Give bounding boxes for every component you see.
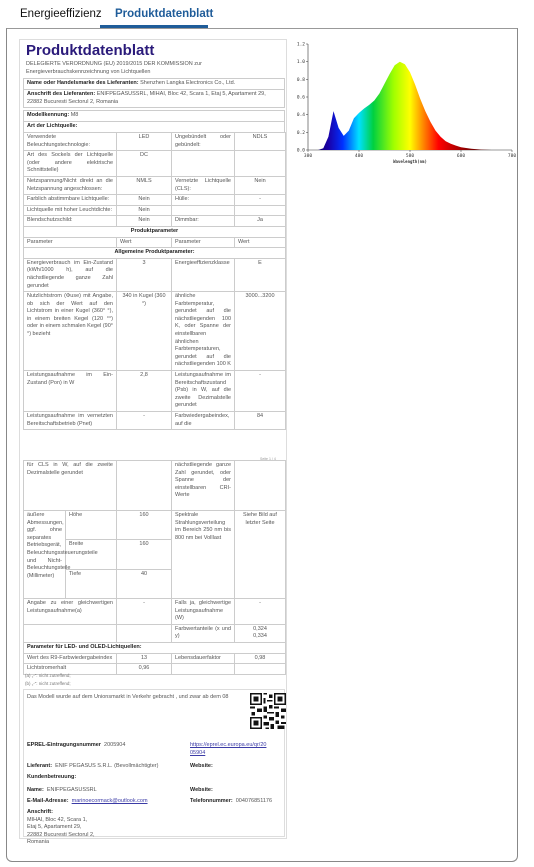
svg-text:0.0: 0.0 [297,148,305,154]
param-value [235,151,286,177]
eprel-link[interactable]: https://eprel.ec.europa.eu/qr/20 05904 [190,742,282,757]
continued-table: für CLS in W, auf die zweite Dezimalstel… [23,460,286,675]
spectral-value: Siehe Bild auf letzter Seite [235,511,286,599]
eprel-link-line2[interactable]: 05904 [190,750,205,756]
light-source-row: Art des Sockels der Lichtquelle (oder an… [24,151,286,177]
param-label: Lichtquelle mit hoher Leuchtdichte: [24,205,117,216]
model-label: Modellkennung: [27,112,69,118]
anschrift-label: Anschrift: [27,809,53,815]
param-value: Nein [117,205,172,216]
param-value: 3 [117,258,172,291]
svg-text:1.0: 1.0 [297,59,305,65]
dimensions-label: äußere Abmessungen, ggf. ohne separates … [24,511,66,599]
product-params-heading-row: Produktparameter [24,226,286,237]
website2-label: Website: [190,787,213,795]
param-value: Nein [117,216,172,227]
svg-text:380: 380 [304,153,312,159]
param-value [235,461,286,511]
supplier-name: Shenzhen Langka Electronics Co., Ltd. [140,80,235,86]
param-label: Farbwertanteile (x und y) [172,624,235,642]
general-param-row: Energieverbrauch im Ein-Zustand (kWh/100… [24,258,286,291]
param-value: 0,96 [117,664,172,675]
svg-text:0.2: 0.2 [297,130,305,136]
equiv-row: Farbwertanteile (x und y)0,324 0,334 [24,624,286,642]
param-value: 340 in Kugel (360 °) [117,292,172,371]
param-value: 2,8 [117,371,172,412]
param-label: Leistungsaufnahme im Bereitschaftszustan… [172,371,235,412]
param-label: Art des Sockels der Lichtquelle (oder an… [24,151,117,177]
address-line: Romania [27,839,49,845]
param-value: 0,98 [235,653,286,664]
svg-text:1.2: 1.2 [297,42,305,48]
tab-produktdatenblatt[interactable]: Produktdatenblatt [115,8,213,20]
regulation-subtitle: DELEGIERTE VERORDNUNG (EU) 2019/2015 DER… [26,61,282,76]
light-source-row: Blendschutzschild:NeinDimmbar:Ja [24,216,286,227]
param-value: 84 [235,412,286,430]
param-label: Wert des R9-Farbwiedergabeindex [24,653,117,664]
param-label: für CLS in W, auf die zweite Dezimalstel… [24,461,117,511]
param-label: Dimmbar: [172,216,235,227]
address-line: Etaj 5, Apartament 29, [27,824,81,830]
supplier-address-row: Anschrift des Lieferanten: ENIFPEGASUSSR… [23,89,285,108]
general-param-row: Leistungsaufnahme im vernetzten Bereitsc… [24,412,286,430]
tab-energieeffizienz[interactable]: Energieeffizienz [20,8,102,20]
phone-row: Telefonnummer: 004076851176 [190,798,272,806]
svg-text:Wavelength(nm): Wavelength(nm) [393,159,427,164]
param-value [235,664,286,675]
dimension-value: 40 [117,569,172,598]
svg-text:780: 780 [508,153,516,159]
param-label: Leistungsaufnahme im vernetzten Bereitsc… [24,412,117,430]
param-label [172,151,235,177]
param-value: - [235,195,286,206]
tab-bar: Energieeffizienz Produktdatenblatt [0,0,534,28]
param-label [172,664,235,675]
eprel-label: EPREL-Eintragungsnummer [27,742,101,748]
param-value [117,624,172,642]
param-value: Nein [235,176,286,194]
general-param-row: Nutzlichtstrom (Φuse) mit Angabe, ob sic… [24,292,286,371]
lieferant-value: ENIF PEGASUS S.R.L. (Bevollmächtigter) [55,763,158,769]
model-row: Modellkennung: M8 [23,110,285,122]
param-value: NDLS [235,133,286,151]
light-source-row: Netzspannung/Nicht direkt an die Netzspa… [24,176,286,194]
param-label: Vernetzte Lichtquelle (CLS): [172,176,235,194]
param-value: DC [117,151,172,177]
param-label: Ungebündelt oder gebündelt: [172,133,235,151]
led-heading-row: Parameter für LED- und OLED-Lichtquellen… [24,642,286,653]
continued-row: für CLS in W, auf die zweite Dezimalstel… [24,461,286,511]
param-label: Energieeffizienzklasse [172,258,235,291]
param-value: Ja [235,216,286,227]
lieferant-label: Lieferant: [27,763,52,769]
dimensions-row: äußere Abmessungen, ggf. ohne separates … [24,511,286,540]
website-label: Website: [190,763,213,771]
kunden-label-text: Kundenbetreuung: [27,774,76,780]
spectral-distribution-chart: 0.00.20.40.60.81.01.2380480580680780Wave… [290,38,522,168]
param-value [235,205,286,216]
param-value: Nein [117,195,172,206]
eprel-info-box: Das Modell wurde auf dem Unionsmarkt in … [23,689,285,837]
supplier-name-label: Name oder Handelsmarke des Lieferanten: [27,80,139,86]
light-source-row: Lichtquelle mit hoher Leuchtdichte:Nein [24,205,286,216]
customer-service-label: Kundenbetreuung: [27,774,76,782]
param-label [24,624,117,642]
light-type-heading: Art der Lichtquelle: [23,121,285,133]
email-label: E-Mail-Adresse: [27,798,69,804]
param-value: 3000...3200 [235,292,286,371]
market-text: Das Modell wurde auf dem Unionsmarkt in … [27,694,249,702]
dimension-label: Tiefe [66,569,117,598]
equiv-row: Angabe zu einer gleichwertigen Leistungs… [24,599,286,625]
param-value: 0,324 0,334 [235,624,286,642]
param-label: Farblich abstimmbare Lichtquelle: [24,195,117,206]
param-label: Farbwiedergabeindex, auf die [172,412,235,430]
spectrum-area [308,62,512,150]
svg-text:0.6: 0.6 [297,95,305,101]
param-label: Lebensdauerfaktor [172,653,235,664]
led-param-row: Wert des R9-Farbwiedergabeindex13Lebensd… [24,653,286,664]
column-header: Wert [117,237,172,248]
param-value: LED [117,133,172,151]
address-line: 22882 Bucuresti Sectorul 2, [27,832,95,838]
footnote-a: (a) „-“: nicht zutreffend; [25,672,71,680]
spectral-label: Spektrale Strahlungsverteilung im Bereic… [172,511,235,599]
supplier-row: Lieferant: ENIF PEGASUS S.R.L. (Bevollmä… [27,763,158,771]
svg-text:0.4: 0.4 [297,112,305,118]
name-row: Name: ENIFPEGASUSSRL [27,787,97,795]
general-params-heading: Allgemeine Produktparameter: [24,248,286,259]
param-value: NMLS [117,176,172,194]
supplier-address-label: Anschrift des Lieferanten: [27,91,95,97]
param-value: - [117,412,172,430]
light-type-heading-text: Art der Lichtquelle: [27,123,77,129]
footnote-b: (b) „-“: nicht zutreffend; [25,680,71,688]
website-label-text: Website: [190,763,213,769]
param-label: Nutzlichtstrom (Φuse) mit Angabe, ob sic… [24,292,117,371]
product-datasheet: Produktdatenblatt DELEGIERTE VERORDNUNG … [19,39,287,839]
dimension-value: 160 [117,511,172,540]
dimension-value: 160 [117,540,172,569]
supplier-name-row: Name oder Handelsmarke des Lieferanten: … [23,78,285,90]
address-block: Anschrift: MIHAI, Bloc 42, Scara 1, Etaj… [27,809,95,847]
email-row: E-Mail-Adresse: marinoecormack@outlook.c… [27,798,148,806]
param-value: - [117,599,172,625]
page-title: Produktdatenblatt [26,42,154,60]
website2-label-text: Website: [190,787,213,793]
phone-label: Telefonnummer: [190,798,233,804]
param-label: Netzspannung/Nicht direkt an die Netzspa… [24,176,117,194]
light-source-row: Verwendete Beleuchtungstechnologie:LEDUn… [24,133,286,151]
param-header-row: ParameterWertParameterWert [24,237,286,248]
column-header: Parameter [24,237,117,248]
param-label [172,205,235,216]
column-header: Parameter [172,237,235,248]
param-value: E [235,258,286,291]
svg-text:680: 680 [457,153,465,159]
param-label: Angabe zu einer gleichwertigen Leistungs… [24,599,117,625]
address-line: MIHAI, Bloc 42, Scara 1, [27,817,87,823]
param-label: Energieverbrauch im Ein-Zustand (kWh/100… [24,258,117,291]
general-heading-row: Allgemeine Produktparameter: [24,248,286,259]
light-source-row: Farblich abstimmbare Lichtquelle:NeinHül… [24,195,286,206]
eprel-link-line1[interactable]: https://eprel.ec.europa.eu/qr/20 [190,742,266,748]
product-params-heading: Produktparameter [24,226,286,237]
param-value: - [235,599,286,625]
email-link[interactable]: marinoecormack@outlook.com [72,798,148,804]
name-value: ENIFPEGASUSSRL [47,787,97,793]
param-label: Blendschutzschild: [24,216,117,227]
eprel-number-row: EPREL-Eintragungsnummer 2005904 [27,742,125,750]
param-label: Leistungsaufnahme im Ein-Zustand (Pon) i… [24,371,117,412]
param-label: Falls ja, gleichwertige Leistungsaufnahm… [172,599,235,625]
dimension-label: Höhe [66,511,117,540]
svg-text:0.8: 0.8 [297,77,305,83]
param-value [117,461,172,511]
param-label: Hülle: [172,195,235,206]
model-id: M8 [71,112,79,118]
svg-text:480: 480 [355,153,363,159]
eprel-number: 2005904 [104,742,125,748]
param-label: ähnliche Farbtemperatur, gerundet auf di… [172,292,235,371]
general-param-row: Leistungsaufnahme im Ein-Zustand (Pon) i… [24,371,286,412]
led-params-heading: Parameter für LED- und OLED-Lichtquellen… [24,642,286,653]
column-header: Wert [235,237,286,248]
param-label: Verwendete Beleuchtungstechnologie: [24,133,117,151]
name-label: Name: [27,787,44,793]
param-value: 13 [117,653,172,664]
param-value: - [235,371,286,412]
light-source-table: Verwendete Beleuchtungstechnologie:LEDUn… [23,132,286,430]
phone-value: 004076851176 [236,798,272,804]
param-label: nächstliegende ganze Zahl gerundet, oder… [172,461,235,511]
qr-code-icon[interactable] [250,693,286,729]
